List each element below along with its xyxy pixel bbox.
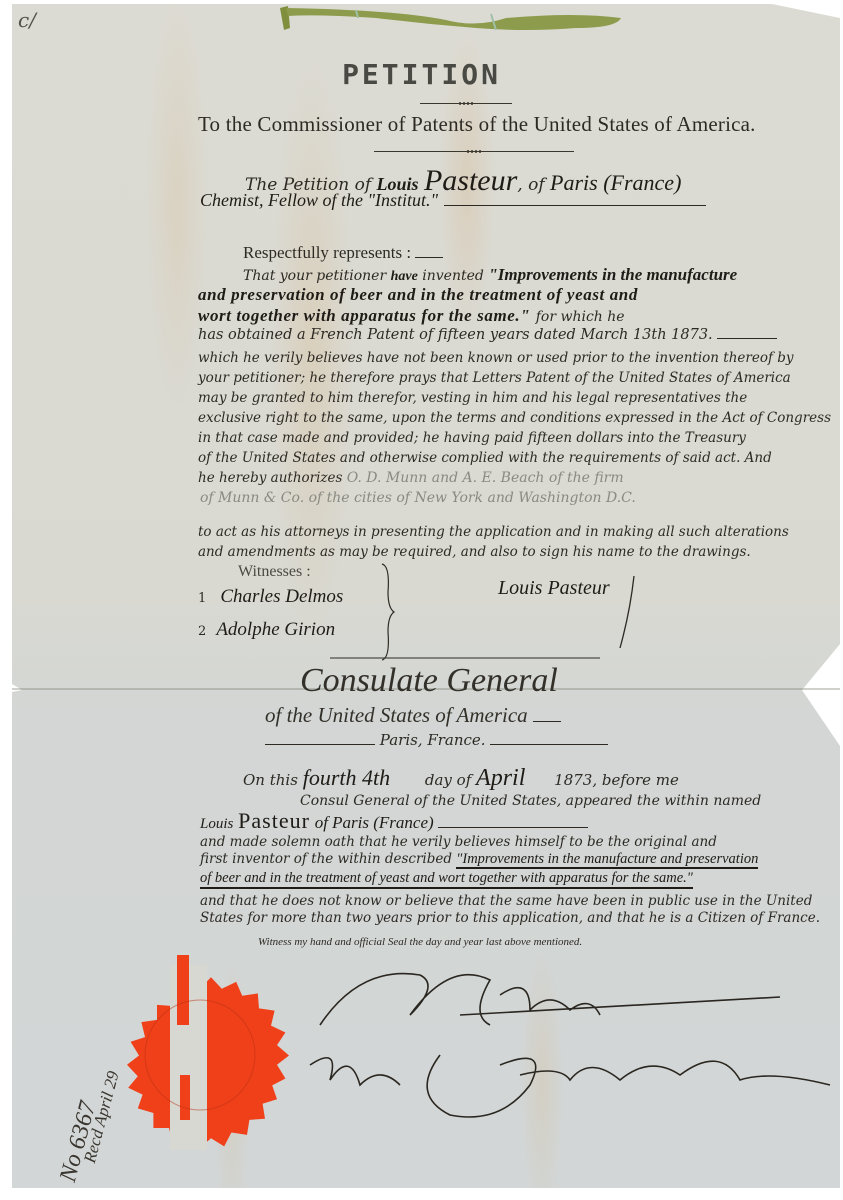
body-line-4: has obtained a French Patent of fifteen … [198, 327, 777, 343]
body-line-3-tail: for which he [536, 309, 625, 325]
location-fill-left [265, 744, 375, 745]
respectfully-represents: Respectfully represents : [243, 243, 443, 263]
consulate-subheading: of the United States of America [265, 703, 561, 728]
body-line-10: of the United States and otherwise compl… [198, 450, 772, 466]
body-line-1-printed2: invented [422, 268, 484, 284]
body-line-12: of Munn & Co. of the cities of New York … [200, 490, 636, 506]
witnesses-label: Witnesses : [238, 563, 311, 581]
consul-signature-text-1: J. Meredith [340, 990, 346, 991]
consulate-heading: Consulate General [300, 662, 558, 700]
body-line-2: and preservation of beer and in the trea… [198, 285, 638, 305]
consular-seal [95, 955, 305, 1155]
consulate-location-text: Paris, France. [380, 731, 486, 749]
consul-signature-1 [300, 955, 800, 1035]
consulate-location: Paris, France. [265, 731, 608, 749]
consulate-line-3: Louis Pasteur of Paris (France) [200, 808, 588, 834]
body-line-14: and amendments as may be required, and a… [198, 544, 751, 560]
consulate-line-5-prefix: first inventor of the within described [200, 851, 452, 867]
witness-2: 2 Adolphe Girion [198, 618, 335, 641]
page-title: PETITION [0, 58, 843, 91]
corner-mark: c/ [18, 8, 36, 32]
oath-first-name: Louis [200, 816, 233, 832]
body-line-3: wort together with apparatus for the sam… [198, 306, 625, 326]
consulate-line-1-mid: day of [425, 771, 471, 789]
body-line-13: to act as his attorneys in presenting th… [198, 524, 789, 540]
body-line-1-printed: That your petitioner [243, 268, 386, 284]
oath-day: fourth 4th [303, 765, 390, 790]
witness-bracket [380, 562, 400, 662]
body-line-11: he hereby authorizes O. D. Munn and A. E… [198, 470, 624, 486]
witness-1-number: 1 [198, 591, 206, 606]
body-line-9: in that case made and provided; he havin… [198, 430, 746, 446]
consul-signature-text-2: Dep. Deputy Consul General [340, 1060, 354, 1061]
oath-surname: Pasteur [238, 808, 310, 833]
invention-title-2: of beer and in the treatment of yeast an… [200, 870, 693, 889]
invention-title-1: "Improvements in the manufacture and pre… [456, 851, 758, 869]
body-line-11-printed: he hereby authorizes [198, 470, 342, 486]
witness-2-number: 2 [198, 624, 206, 639]
consulate-witness-line: Witness my hand and official Seal the da… [258, 936, 582, 948]
body-line-1: That your petitioner have invented "Impr… [243, 265, 737, 285]
body-line-6: your petitioner; he therefore prays that… [198, 370, 791, 386]
attorneys-names: O. D. Munn and A. E. Beach of the firm [347, 470, 624, 486]
witness-1-signature: Charles Delmos [220, 586, 343, 607]
body-line-4-text: has obtained a French Patent of fifteen … [198, 327, 713, 343]
consulate-line-1-prefix: On this [243, 771, 298, 789]
profession-fill-line [444, 205, 706, 206]
signature-flourish [600, 572, 640, 652]
body-line-7: may be granted to him therefor, vesting … [198, 390, 747, 406]
body-line-8: exclusive right to the same, upon the te… [198, 410, 831, 426]
body-line-5: which he verily believes have not been k… [198, 350, 794, 366]
applicant-signature: Louis Pasteur [498, 577, 610, 600]
consulate-line-2: Consul General of the United States, app… [300, 793, 761, 809]
consulate-line-8: States for more than two years prior to … [200, 910, 820, 926]
witness-2-signature: Adolphe Girion [216, 619, 335, 640]
location-fill-right [490, 744, 608, 745]
consulate-line-7: and that he does not know or believe tha… [200, 893, 812, 909]
body-line-4-fill [717, 338, 777, 339]
consulate-line-4: and made solemn oath that he verily beli… [200, 834, 717, 850]
oath-name-fill [438, 827, 588, 828]
consulate-subheading-text: of the United States of America [265, 703, 528, 727]
consulate-line-1: On this fourth 4th day of April 1873, be… [243, 765, 679, 792]
witness-underline [330, 655, 600, 661]
oath-month: April [476, 765, 525, 791]
body-line-3-title: wort together with apparatus for the sam… [198, 306, 530, 325]
body-line-1-title: "Improvements in the manufacture [488, 265, 737, 284]
oath-city: of Paris (France) [315, 813, 434, 832]
applicant-profession-line: Chemist, Fellow of the "Institut." [200, 190, 706, 211]
addressee-divider [374, 151, 574, 152]
addressee: To the Commissioner of Patents of the Un… [198, 112, 756, 137]
subheading-fill [533, 721, 561, 722]
witness-1: 1 Charles Delmos [198, 585, 343, 608]
respectfully-fill-line [415, 257, 443, 258]
green-ribbon [276, 6, 626, 32]
consul-signature-2 [300, 1025, 840, 1125]
respectfully-label: Respectfully represents : [243, 243, 411, 262]
body-line-1-verb: have [391, 269, 418, 284]
oath-year: 1873, before me [554, 771, 679, 789]
consulate-line-5: first inventor of the within described "… [200, 851, 758, 868]
title-divider [420, 103, 512, 104]
applicant-profession: Chemist, Fellow of the "Institut." [200, 190, 438, 210]
